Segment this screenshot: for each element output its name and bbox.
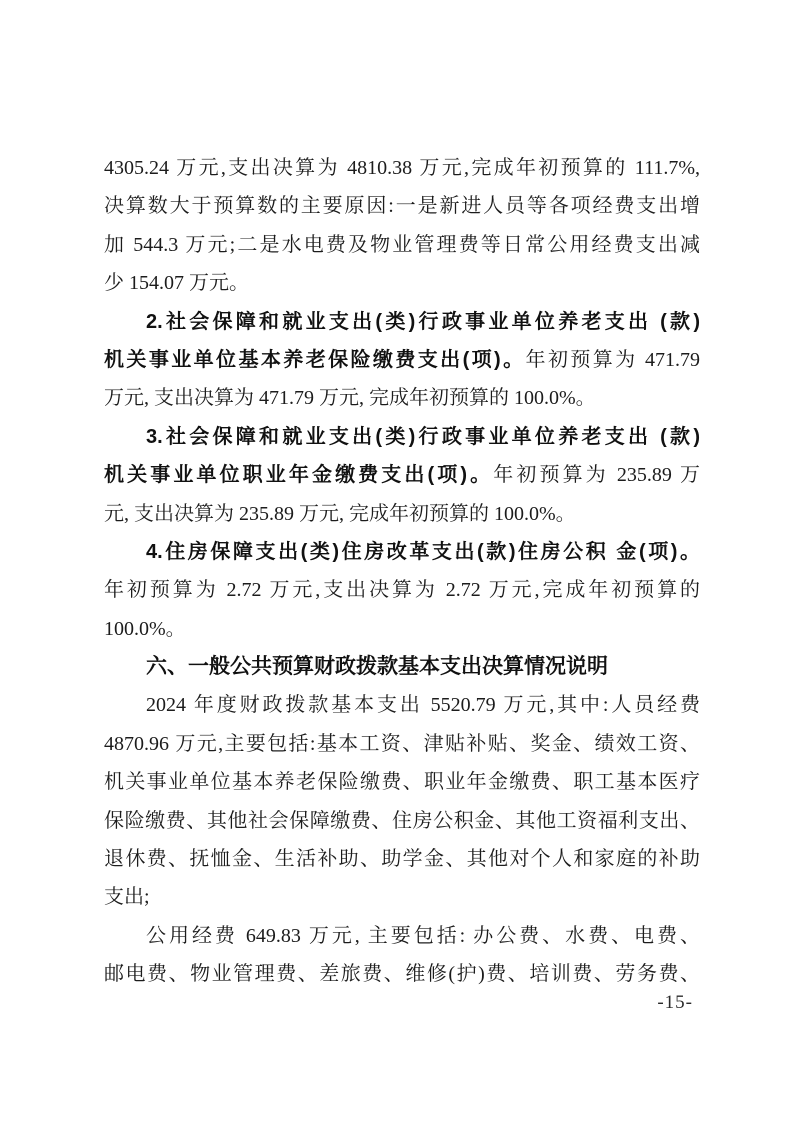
text-line: 机关事业单位基本养老保险缴费、职业年金缴费、职工基本医疗 [104, 763, 700, 801]
text-segment: 机关事业单位职业年金缴费支出(项)。 [104, 464, 493, 486]
text-line: 万元, 支出决算为 471.79 万元, 完成年初预算的 100.0%。 [104, 379, 700, 417]
page-number: -15- [657, 992, 693, 1014]
text-segment: 机关事业单位基本养老保险缴费支出(项)。 [104, 349, 526, 371]
text-line: 退休费、抚恤金、生活补助、助学金、其他对个人和家庭的补助 [104, 840, 700, 878]
text-line: 年初预算为 2.72 万元,支出决算为 2.72 万元,完成年初预算的 [104, 571, 700, 609]
text-line: 2024 年度财政拨款基本支出 5520.79 万元,其中:人员经费 [104, 686, 700, 724]
text-line: 少 154.07 万元。 [104, 264, 700, 302]
text-segment: 2024 年度财政拨款基本支出 5520.79 万元,其中:人员经费 [146, 694, 700, 716]
text-line: 支出; [104, 878, 700, 916]
text-segment: 少 154.07 万元。 [104, 272, 249, 294]
text-segment: 4305.24 万元,支出决算为 4810.38 万元,完成年初预算的 111.… [104, 157, 700, 179]
document-body: 4305.24 万元,支出决算为 4810.38 万元,完成年初预算的 111.… [104, 149, 700, 994]
text-segment: 4.住房保障支出(类)住房改革支出(款)住房公积 金(项)。 [146, 541, 700, 563]
text-segment: 2.社会保障和就业支出(类)行政事业单位养老支出 (款) [146, 311, 700, 333]
text-segment: 万元, 支出决算为 471.79 万元, 完成年初预算的 100.0%。 [104, 387, 596, 409]
text-segment: 加 544.3 万元;二是水电费及物业管理费等日常公用经费支出减 [104, 234, 700, 256]
text-line: 元, 支出决算为 235.89 万元, 完成年初预算的 100.0%。 [104, 495, 700, 533]
text-segment: 保险缴费、其他社会保障缴费、住房公积金、其他工资福利支出、 [104, 810, 700, 832]
text-line: 4305.24 万元,支出决算为 4810.38 万元,完成年初预算的 111.… [104, 149, 700, 187]
text-segment: 元, 支出决算为 235.89 万元, 完成年初预算的 100.0%。 [104, 503, 576, 525]
text-segment: 年初预算为 235.89 万 [493, 464, 700, 486]
text-segment: 年初预算为 2.72 万元,支出决算为 2.72 万元,完成年初预算的 [104, 579, 700, 601]
text-line: 4.住房保障支出(类)住房改革支出(款)住房公积 金(项)。 [104, 533, 700, 571]
text-line: 机关事业单位基本养老保险缴费支出(项)。年初预算为 471.79 [104, 341, 700, 379]
section-heading: 六、一般公共预算财政拨款基本支出决算情况说明 [104, 648, 700, 686]
text-segment: 年初预算为 471.79 [526, 349, 700, 371]
text-segment: 支出; [104, 886, 150, 908]
text-line: 加 544.3 万元;二是水电费及物业管理费等日常公用经费支出减 [104, 226, 700, 264]
text-segment: 六、一般公共预算财政拨款基本支出决算情况说明 [146, 655, 608, 678]
text-segment: 公用经费 649.83 万元, 主要包括: 办公费、水费、电费、 [146, 925, 700, 947]
text-line: 保险缴费、其他社会保障缴费、住房公积金、其他工资福利支出、 [104, 802, 700, 840]
document-page: 4305.24 万元,支出决算为 4810.38 万元,完成年初预算的 111.… [0, 0, 793, 1122]
text-line: 决算数大于预算数的主要原因:一是新进人员等各项经费支出增 [104, 187, 700, 225]
text-segment: 4870.96 万元,主要包括:基本工资、津贴补贴、奖金、绩效工资、 [104, 733, 700, 755]
text-line: 3.社会保障和就业支出(类)行政事业单位养老支出 (款) [104, 418, 700, 456]
text-segment: 退休费、抚恤金、生活补助、助学金、其他对个人和家庭的补助 [104, 848, 700, 870]
text-segment: 3.社会保障和就业支出(类)行政事业单位养老支出 (款) [146, 426, 700, 448]
text-segment: 邮电费、物业管理费、差旅费、维修(护)费、培训费、劳务费、 [104, 963, 700, 985]
text-segment: 机关事业单位基本养老保险缴费、职业年金缴费、职工基本医疗 [104, 771, 700, 793]
text-line: 2.社会保障和就业支出(类)行政事业单位养老支出 (款) [104, 303, 700, 341]
text-line: 4870.96 万元,主要包括:基本工资、津贴补贴、奖金、绩效工资、 [104, 725, 700, 763]
text-line: 100.0%。 [104, 610, 700, 648]
text-line: 邮电费、物业管理费、差旅费、维修(护)费、培训费、劳务费、 [104, 955, 700, 993]
text-segment: 100.0%。 [104, 618, 186, 640]
text-segment: 决算数大于预算数的主要原因:一是新进人员等各项经费支出增 [104, 195, 700, 217]
text-line: 公用经费 649.83 万元, 主要包括: 办公费、水费、电费、 [104, 917, 700, 955]
text-line: 机关事业单位职业年金缴费支出(项)。年初预算为 235.89 万 [104, 456, 700, 494]
